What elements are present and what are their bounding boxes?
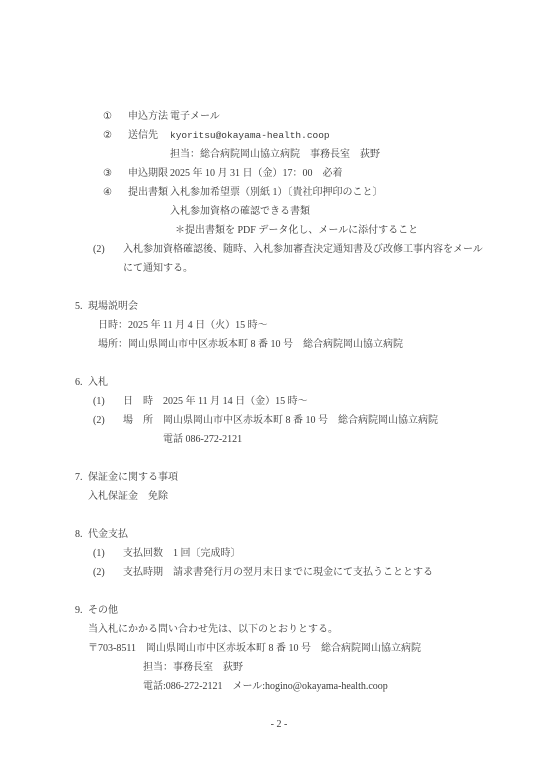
- site-briefing-datetime: 日時：2025 年 11 月 4 日（火）15 時～: [98, 320, 268, 331]
- documents-label: 提出書類: [128, 183, 170, 202]
- deadline-label: 申込期限: [128, 164, 170, 183]
- document-page: ①申込方法電子メール ②送信先kyoritsu@okayama-health.c…: [0, 0, 543, 768]
- bidding-datetime: 日 時 2025 年 11 月 14 日（金）15 時～: [123, 396, 308, 407]
- send-to-contact: 担当：総合病院岡山協立病院 事務長室 荻野: [170, 149, 380, 160]
- section-title-other: その他: [88, 605, 118, 616]
- section-number-5: 5.: [75, 297, 88, 316]
- deadline-value: 2025 年 10 月 31 日（金）17：00 必着: [170, 168, 343, 179]
- circled-number-4: ④: [103, 183, 128, 202]
- documents-value: 入札参加希望票（別紙 1）〔貴社印押印のこと〕: [170, 187, 383, 198]
- deposit-body: 入札保証金 免除: [88, 491, 168, 502]
- application-method-line: ①申込方法電子メール: [0, 88, 543, 107]
- section-title-site-briefing: 現場説明会: [88, 301, 138, 312]
- documents-value2: 入札参加資格の確認できる書類: [170, 206, 310, 217]
- section-title-bidding: 入札: [88, 377, 108, 388]
- notification-text-1: 入札参加資格確認後、随時、入札参加審査決定通知書及び改修工事内容をメール: [123, 244, 483, 255]
- section-number-6: 6.: [75, 373, 88, 392]
- other-tel-mail: 電話:086-272-2121 メール:hogino@okayama-healt…: [143, 681, 388, 692]
- application-method-value: 電子メール: [170, 111, 220, 122]
- application-method-label: 申込方法: [128, 107, 170, 126]
- site-briefing-location: 場所：岡山県岡山市中区赤坂本町 8 番 10 号 総合病院岡山協立病院: [98, 339, 403, 350]
- bidding-location: 場 所 岡山県岡山市中区赤坂本町 8 番 10 号 総合病院岡山協立病院: [123, 415, 438, 426]
- send-to-email: kyoritsu@okayama-health.coop: [170, 130, 330, 141]
- item-marker-1: (1): [93, 392, 123, 411]
- send-to-label: 送信先: [128, 126, 170, 145]
- item-marker-2: (2): [93, 411, 123, 430]
- payment-timing: 支払時期 請求書発行月の翌月末日までに現金にて支払うこととする: [123, 567, 433, 578]
- payment-count: 支払回数 1 回〔完成時〕: [123, 548, 241, 559]
- section-number-8: 8.: [75, 525, 88, 544]
- item-marker-1: (1): [93, 544, 123, 563]
- item-marker-2: (2): [93, 563, 123, 582]
- section-number-7: 7.: [75, 468, 88, 487]
- circled-number-1: ①: [103, 107, 128, 126]
- bidding-phone: 電話 086-272-2121: [163, 434, 242, 445]
- section-title-payment: 代金支払: [88, 529, 128, 540]
- section-site-briefing-header: 5.現場説明会: [0, 278, 543, 297]
- notification-text-2: にて通知する。: [123, 263, 193, 274]
- other-contact: 担当：事務長室 荻野: [143, 662, 243, 673]
- circled-number-3: ③: [103, 164, 128, 183]
- item-marker-2: (2): [93, 240, 123, 259]
- section-bidding-header: 6.入札: [0, 354, 543, 373]
- site-briefing-location-line: 場所：岡山県岡山市中区赤坂本町 8 番 10 号 総合病院岡山協立病院: [0, 316, 543, 335]
- other-intro: 当入札にかかる問い合わせ先は、以下のとおりとする。: [88, 624, 338, 635]
- send-to-line: ②送信先kyoritsu@okayama-health.coop: [0, 107, 543, 126]
- other-address: 〒703-8511 岡山県岡山市中区赤坂本町 8 番 10 号 総合病院岡山協立…: [88, 643, 421, 654]
- page-number-line: - 2 -: [0, 696, 543, 715]
- section-title-deposit: 保証金に関する事項: [88, 472, 178, 483]
- documents-note: ＊提出書類を PDF データ化し、メールに添付すること: [175, 225, 418, 236]
- section-deposit-header: 7.保証金に関する事項: [0, 449, 543, 468]
- section-number-9: 9.: [75, 601, 88, 620]
- document-body: ①申込方法電子メール ②送信先kyoritsu@okayama-health.c…: [0, 88, 543, 715]
- circled-number-2: ②: [103, 126, 128, 145]
- page-number: - 2 -: [271, 719, 288, 730]
